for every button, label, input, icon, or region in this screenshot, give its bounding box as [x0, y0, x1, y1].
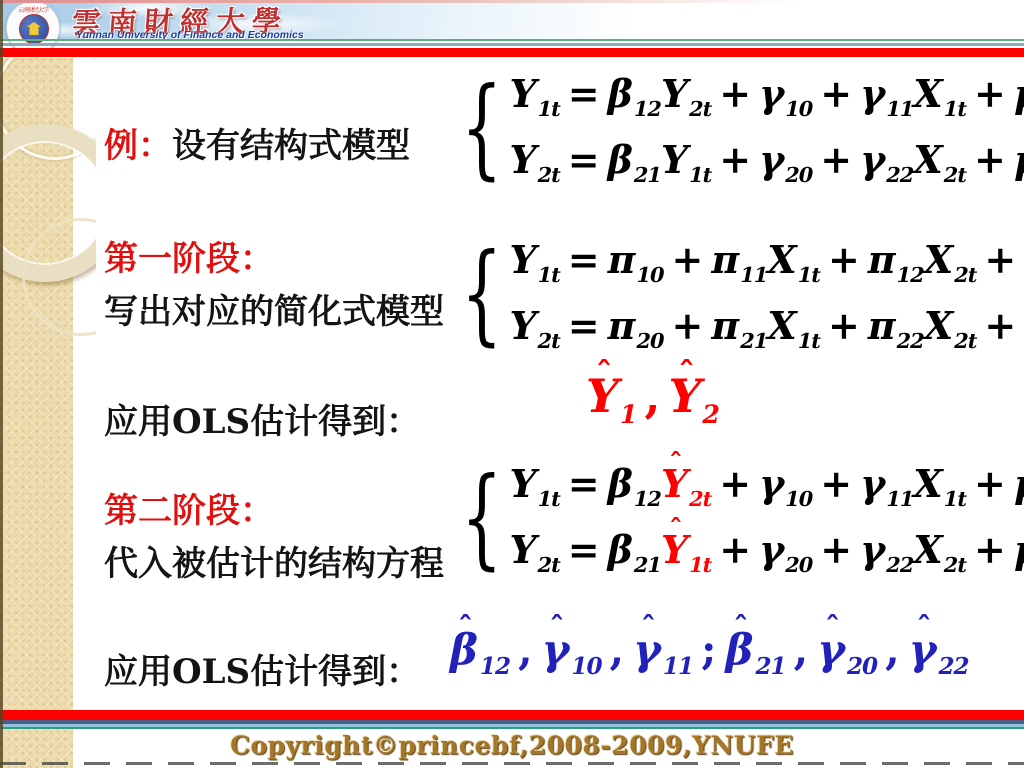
equation-line: Y1t=β12Y2t+γ10+γ11X1t+μ1t — [509, 70, 1024, 120]
slide-top-edge — [0, 0, 1024, 3]
slide-left-edge — [0, 0, 3, 768]
equation-line: Yˆ1,Yˆ2 — [586, 370, 719, 422]
header-sky-banner: 云南财经大学 雲南財經大學 Yunnan University of Finan… — [0, 0, 1024, 40]
university-seal-logo: 云南财经大学 — [6, 1, 60, 55]
equation-line: Y2t=π20+π21X1t+π22X2t+υ2t — [509, 302, 1024, 352]
ols-apply-label-2: 应用OLS估计得到： — [104, 644, 420, 693]
header-divider-red-bar — [0, 48, 1024, 57]
footer-red-bar — [0, 710, 1024, 720]
sidebar-decoration-strip — [0, 58, 73, 768]
equation-line: Y1t=β12Yˆ2t+γ10+γ11X1t+μ1t — [509, 460, 1024, 510]
left-brace: { — [461, 73, 502, 182]
slide-bottom-edge — [0, 762, 1024, 765]
stage1-description: 写出对应的简化式模型 — [104, 284, 444, 333]
equation-line: Y2t=β21Yˆ1t+γ20+γ22X2t+μ1t — [509, 526, 1024, 576]
example-text: 设有结构式模型 — [172, 126, 410, 166]
left-brace: { — [461, 239, 502, 348]
copyright-text: Copyright©princebf,2008-2009,YNUFE — [0, 731, 1024, 760]
stage1-title: 第一阶段： — [104, 231, 274, 280]
second-stage-equations: { Y1t=β12Yˆ2t+γ10+γ11X1t+μ1tY2t=β21Yˆ1t+… — [464, 460, 1024, 575]
equation-line: βˆ12,γˆ10,γˆ11;βˆ21,γˆ20,γˆ22 — [450, 626, 969, 673]
footer-teal-line — [0, 727, 1024, 729]
reduced-form-equations: { Y1t=π10+π11X1t+π12X2t+υ1tY2t=π20+π21X1… — [464, 236, 1024, 351]
example-prefix: 例： — [104, 126, 172, 166]
first-stage-ols-result: Yˆ1,Yˆ2 — [586, 368, 719, 426]
header-divider-green — [0, 39, 1024, 41]
logo-ring-text: 云南财经大学 — [7, 5, 59, 14]
stage2-description: 代入被估计的结构方程 — [104, 536, 444, 585]
example-label: 例：设有结构式模型 — [104, 118, 410, 167]
equation-lines: Y1t=π10+π11X1t+π12X2t+υ1tY2t=π20+π21X1t+… — [509, 236, 1024, 351]
slide: 云南财经大学 雲南財經大學 Yunnan University of Finan… — [0, 0, 1024, 768]
stage2-title: 第二阶段： — [104, 483, 274, 532]
structural-model-equations: { Y1t=β12Y2t+γ10+γ11X1t+μ1tY2t=β21Y1t+γ2… — [464, 70, 1024, 185]
pagoda-emblem-icon — [27, 22, 41, 35]
ols-apply-label-1: 应用OLS估计得到： — [104, 394, 420, 443]
equation-lines: Y1t=β12Yˆ2t+γ10+γ11X1t+μ1tY2t=β21Yˆ1t+γ2… — [509, 460, 1024, 575]
equation-line: Y1t=π10+π11X1t+π12X2t+υ1t — [509, 236, 1024, 286]
final-ols-estimates: βˆ12,γˆ10,γˆ11;βˆ21,γˆ20,γˆ22 — [450, 624, 969, 677]
header-divider-blue — [0, 43, 1024, 46]
left-brace: { — [461, 463, 502, 572]
equation-lines: Y1t=β12Y2t+γ10+γ11X1t+μ1tY2t=β21Y1t+γ20+… — [509, 70, 1024, 185]
equation-line: Y2t=β21Y1t+γ20+γ22X2t+μ1t — [509, 136, 1024, 186]
